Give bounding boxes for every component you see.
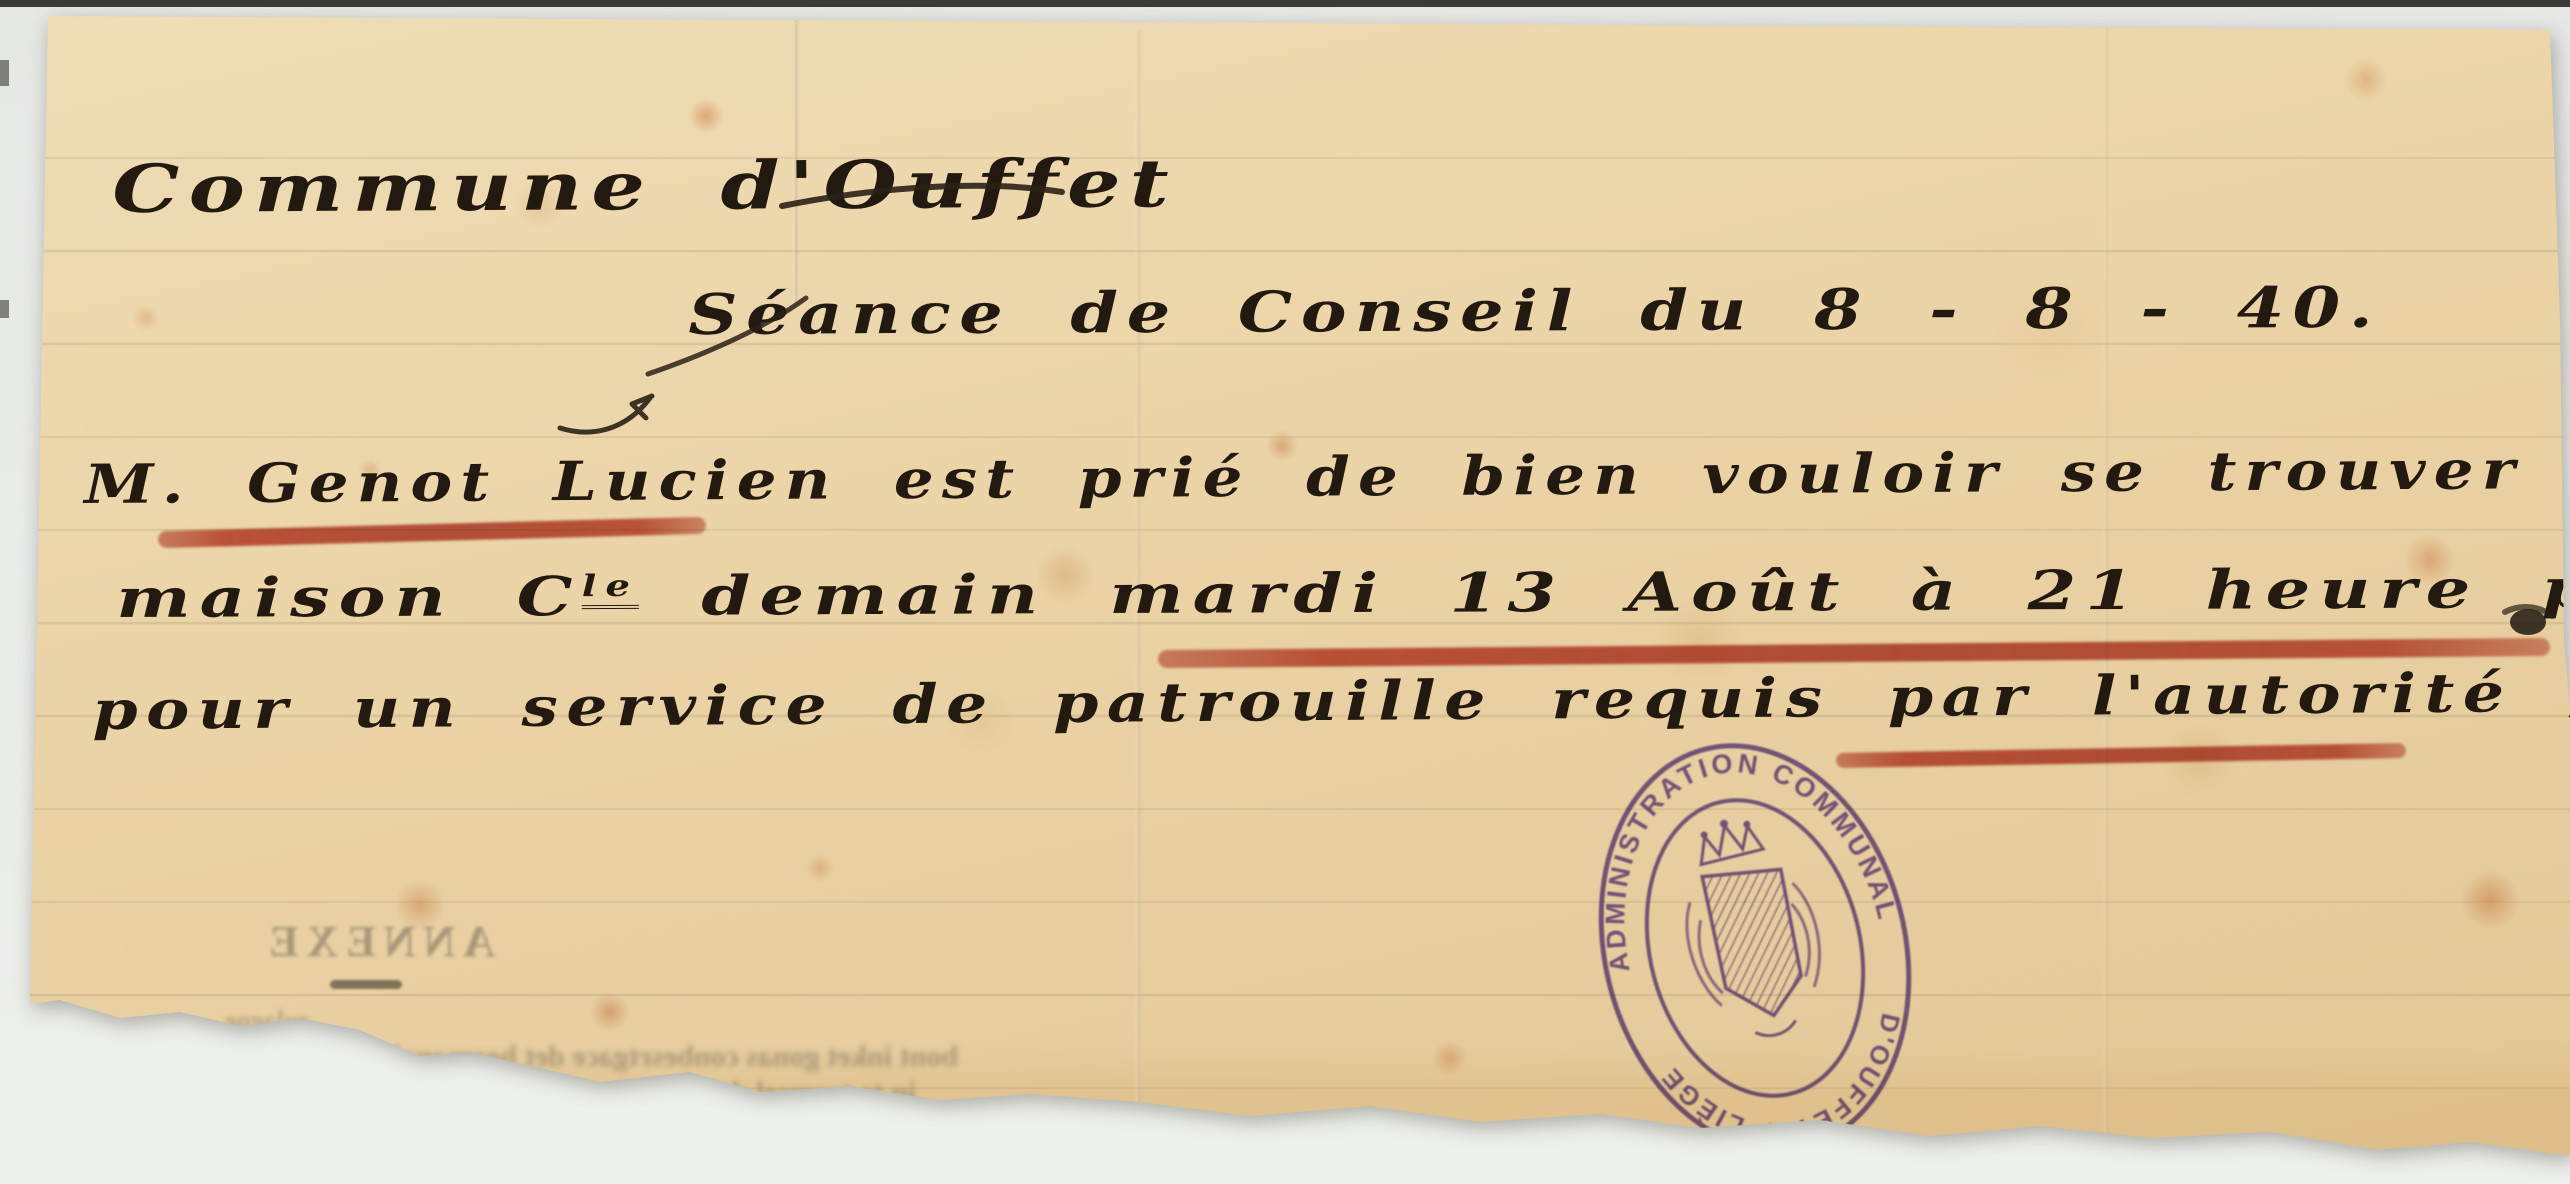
body-line3-authority: par l'autorité	[1888, 660, 2513, 729]
body-line-2: maison Cle demain mardi 13 Août à 21 heu…	[116, 555, 2570, 630]
verso-showthrough-heading: ANNEXE	[295, 916, 495, 967]
body-line2-datetime: 13 Août à 21 heure précise	[1449, 555, 2570, 625]
verso-showthrough-line: bont inket gonas conbesrtgace det hormap…	[158, 1040, 958, 1074]
communal-stamp: ✶ ADMINISTRATION COMMUNALE D'OUFFET ✶ LI…	[1585, 718, 1925, 1178]
verso-showthrough-word: zulagne	[150, 1006, 310, 1036]
stamp-coat-of-arms	[1661, 804, 1839, 1050]
body-line2-pre: maison C	[116, 564, 582, 630]
body-line1-post: est prié de bien vouloir se trouver à la	[838, 436, 2570, 512]
body-line1-pre: M.	[84, 451, 247, 516]
seance-date-line: Séance de Conseil du 8 - 8 - 40.	[688, 275, 2381, 348]
body-line1-name: Genot Lucien	[247, 447, 839, 515]
paper-surface: ANNEXE zulagne bont inket gonas conbesrt…	[0, 0, 2570, 1184]
body-line2-mid: demain mardi	[639, 561, 1450, 628]
commune-title-text: Commune d'Ouffet	[112, 144, 1178, 228]
seance-date-text: Séance de Conseil du 8 - 8 - 40.	[688, 275, 2381, 348]
scan-photo: ANNEXE zulagne bont inket gonas conbesrt…	[0, 0, 2570, 1184]
paper-sheet: ANNEXE zulagne bont inket gonas conbesrt…	[0, 0, 2570, 1184]
body-line3-post: ;	[2512, 660, 2570, 725]
commune-title-line: Commune d'Ouffet	[112, 144, 1178, 228]
ink-smudge	[330, 980, 402, 989]
body-line2-superscript: le	[582, 569, 640, 609]
verso-showthrough-line: in te tramsel de ttob oei eat soutbesne …	[196, 1076, 916, 1110]
